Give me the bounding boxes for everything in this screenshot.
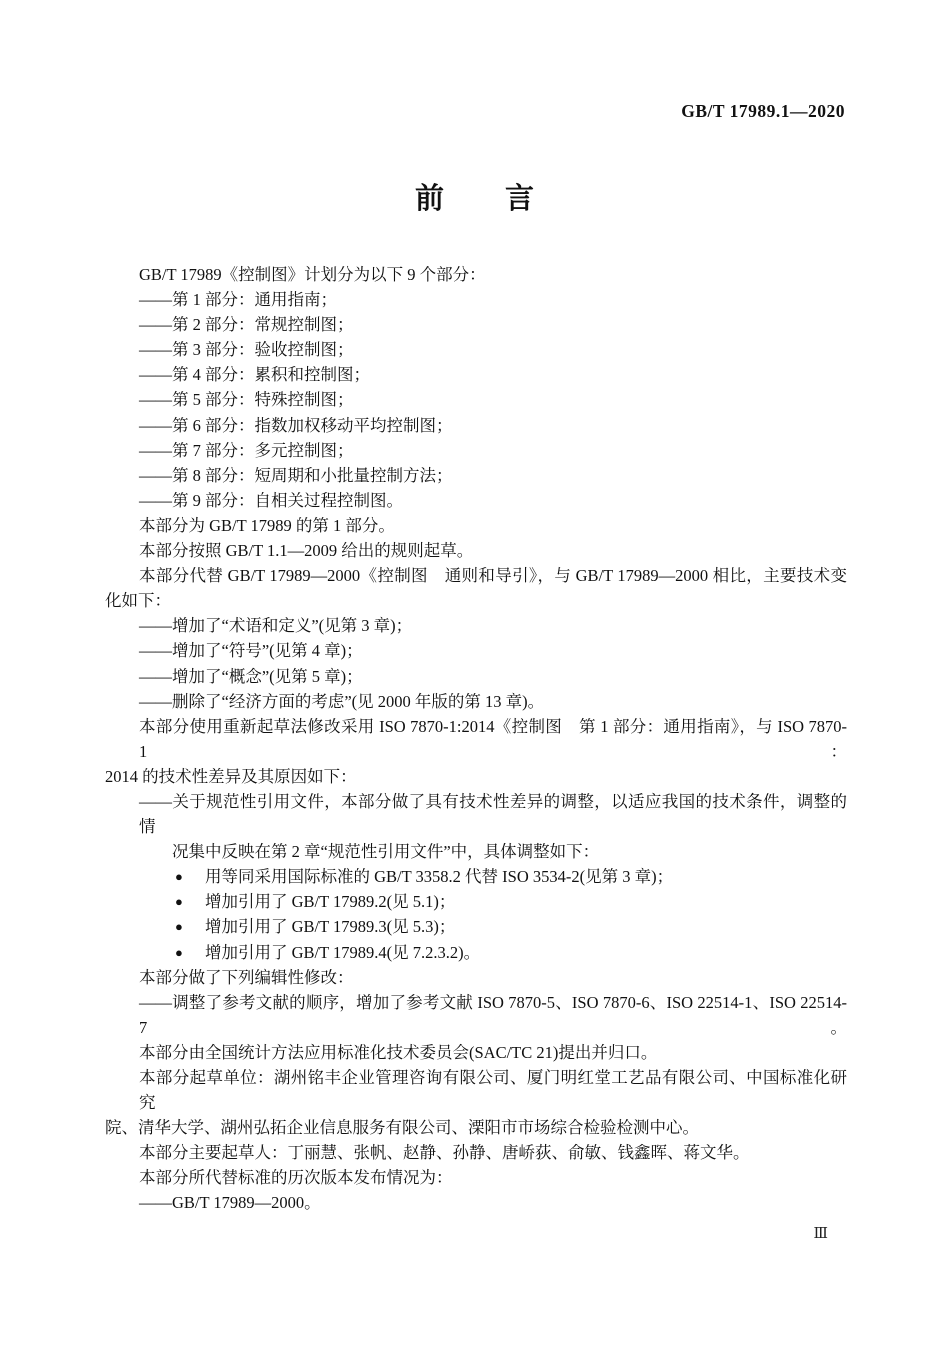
page-title: 前 言	[0, 176, 950, 217]
text-line: ——删除了“经济方面的考虑”(见 2000 年版的第 13 章)。	[105, 689, 847, 714]
bullet-icon: ●	[175, 914, 205, 939]
page-number: Ⅲ	[814, 1224, 828, 1243]
text-line: ——第 9 部分：自相关过程控制图。	[105, 488, 847, 513]
text-line: 本部分主要起草人：丁丽慧、张帆、赵静、孙静、唐峤荻、俞敏、钱鑫晖、蒋文华。	[105, 1140, 847, 1165]
text-line: 本部分做了下列编辑性修改：	[105, 965, 847, 990]
text-line: 本部分起草单位：湖州铭丰企业管理咨询有限公司、厦门明红堂工艺品有限公司、中国标准…	[105, 1065, 847, 1115]
bullet-icon: ●	[175, 864, 205, 889]
text-line: ——增加了“术语和定义”(见第 3 章)；	[105, 613, 847, 638]
text-line: ——第 2 部分：常规控制图；	[105, 312, 847, 337]
text-line: GB/T 17989《控制图》计划分为以下 9 个部分：	[105, 262, 847, 287]
bullet-icon: ●	[175, 889, 205, 914]
text-line: 况集中反映在第 2 章“规范性引用文件”中，具体调整如下：	[105, 839, 847, 864]
text-line: ——增加了“符号”(见第 4 章)；	[105, 638, 847, 663]
text-line: 本部分所代替标准的历次版本发布情况为：	[105, 1165, 847, 1190]
bullet-item-text: 增加引用了 GB/T 17989.2(见 5.1)；	[205, 892, 455, 911]
standard-code: GB/T 17989.1—2020	[681, 101, 845, 122]
text-line: 院、清华大学、湖州弘拓企业信息服务有限公司、溧阳市市场综合检验检测中心。	[105, 1115, 847, 1140]
text-line: 本部分使用重新起草法修改采用 ISO 7870-1:2014《控制图 第 1 部…	[105, 714, 847, 764]
text-line: ——关于规范性引用文件，本部分做了具有技术性差异的调整，以适应我国的技术条件，调…	[105, 789, 847, 839]
bullet-item-text: 增加引用了 GB/T 17989.3(见 5.3)；	[205, 917, 455, 936]
text-line: ——增加了“概念”(见第 5 章)；	[105, 664, 847, 689]
text-line: ——第 1 部分：通用指南；	[105, 287, 847, 312]
text-line: ——GB/T 17989—2000。	[105, 1190, 847, 1215]
text-line: 本部分代替 GB/T 17989—2000《控制图 通则和导引》，与 GB/T …	[105, 563, 847, 588]
bullet-icon: ●	[175, 940, 205, 965]
text-line: 2014 的技术性差异及其原因如下：	[105, 764, 847, 789]
text-line: 本部分为 GB/T 17989 的第 1 部分。	[105, 513, 847, 538]
text-line: ——第 5 部分：特殊控制图；	[105, 387, 847, 412]
text-line: ——第 3 部分：验收控制图；	[105, 337, 847, 362]
bullet-list-item: ●用等同采用国际标准的 GB/T 3358.2 代替 ISO 3534-2(见第…	[105, 864, 847, 889]
text-line: ——第 6 部分：指数加权移动平均控制图；	[105, 413, 847, 438]
bullet-item-text: 用等同采用国际标准的 GB/T 3358.2 代替 ISO 3534-2(见第 …	[205, 867, 673, 886]
bullet-list-item: ●增加引用了 GB/T 17989.3(见 5.3)；	[105, 914, 847, 939]
foreword-body: GB/T 17989《控制图》计划分为以下 9 个部分：——第 1 部分：通用指…	[105, 262, 847, 1216]
text-line: 本部分由全国统计方法应用标准化技术委员会(SAC/TC 21)提出并归口。	[105, 1040, 847, 1065]
text-line: ——调整了参考文献的顺序，增加了参考文献 ISO 7870-5、ISO 7870…	[105, 990, 847, 1040]
text-line: 本部分按照 GB/T 1.1—2009 给出的规则起草。	[105, 538, 847, 563]
text-line: 化如下：	[105, 588, 847, 613]
bullet-list-item: ●增加引用了 GB/T 17989.4(见 7.2.3.2)。	[105, 940, 847, 965]
bullet-item-text: 增加引用了 GB/T 17989.4(见 7.2.3.2)。	[205, 943, 480, 962]
text-line: ——第 4 部分：累积和控制图；	[105, 362, 847, 387]
bullet-list-item: ●增加引用了 GB/T 17989.2(见 5.1)；	[105, 889, 847, 914]
text-line: ——第 7 部分：多元控制图；	[105, 438, 847, 463]
text-line: ——第 8 部分：短周期和小批量控制方法；	[105, 463, 847, 488]
document-page: GB/T 17989.1—2020 前 言 GB/T 17989《控制图》计划分…	[0, 0, 950, 1345]
